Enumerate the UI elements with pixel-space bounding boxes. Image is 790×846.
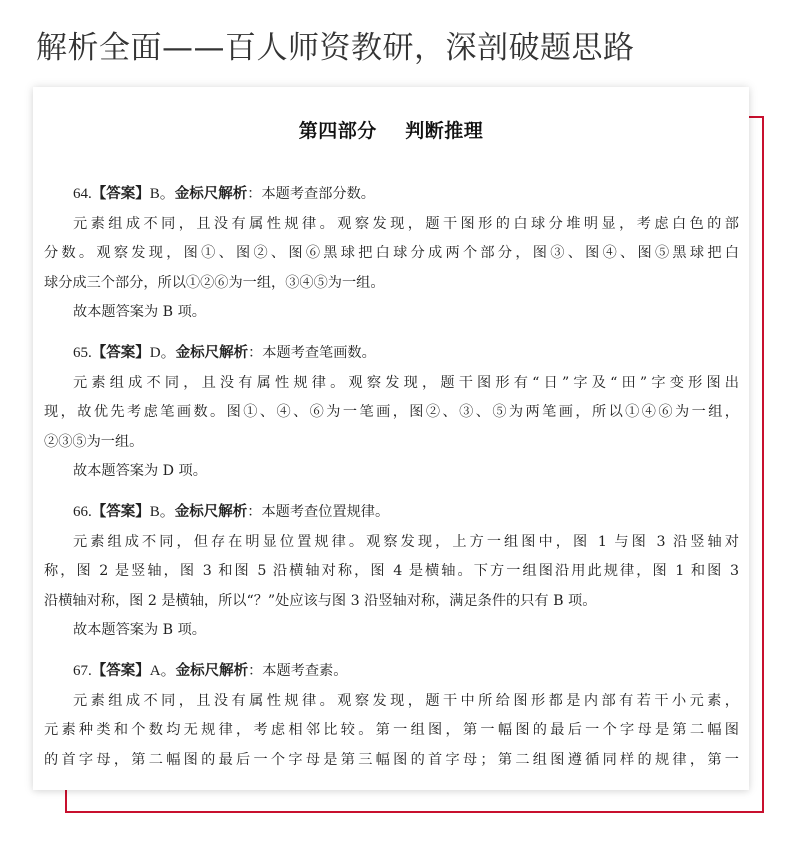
analysis-line: 元素组成不同，但存在明显位置规律。观察发现，上方一组图中，图 1 与图 3 沿竖… xyxy=(44,528,739,558)
section-title: 第四部分 判断推理 xyxy=(33,117,749,145)
answer-analysis-content: 64.【答案】B。金标尺解析：本题考查部分数。 元素组成不同，且没有属性规律。观… xyxy=(44,180,739,786)
entry-header: 65.【答案】D。金标尺解析：本题考查笔画数。 xyxy=(44,339,739,369)
answer-tag: 【答案】 xyxy=(92,345,150,361)
analysis-topic: ：本题考查部分数。 xyxy=(247,186,375,202)
question-number: 67. xyxy=(73,663,92,679)
analysis-label: 金标尺解析 xyxy=(175,186,248,202)
entry-header: 66.【答案】B。金标尺解析：本题考查位置规律。 xyxy=(44,498,739,528)
answer-letter: B。 xyxy=(150,186,175,202)
analysis-line: 元素组成不同，且没有属性规律。观察发现，题干中所给图形都是内部有若干小元素， xyxy=(44,687,739,717)
answer-tag: 【答案】 xyxy=(92,504,150,520)
answer-tag: 【答案】 xyxy=(92,663,150,679)
question-number: 64. xyxy=(73,186,92,202)
analysis-line: ②③⑤为一组。 xyxy=(44,428,739,458)
analysis-line: 球分成三个部分，所以①②⑥为一组，③④⑤为一组。 xyxy=(44,269,739,299)
analysis-label: 金标尺解析 xyxy=(176,663,249,679)
question-number: 66. xyxy=(73,504,92,520)
page-heading: 解析全面——百人师资教研，深剖破题思路 xyxy=(36,26,635,70)
answer-entry-66: 66.【答案】B。金标尺解析：本题考查位置规律。 元素组成不同，但存在明显位置规… xyxy=(44,498,739,646)
analysis-label: 金标尺解析 xyxy=(176,345,249,361)
analysis-line: 现，故优先考虑笔画数。图①、④、⑥为一笔画，图②、③、⑤为两笔画，所以①④⑥为一… xyxy=(44,398,739,428)
conclusion-line: 故本题答案为 B 项。 xyxy=(44,298,739,328)
answer-entry-67: 67.【答案】A。金标尺解析：本题考查素。 元素组成不同，且没有属性规律。观察发… xyxy=(44,657,739,775)
answer-letter: A。 xyxy=(150,663,176,679)
answer-tag: 【答案】 xyxy=(92,186,150,202)
entry-header: 64.【答案】B。金标尺解析：本题考查部分数。 xyxy=(44,180,739,210)
answer-entry-65: 65.【答案】D。金标尺解析：本题考查笔画数。 元素组成不同，且没有属性规律。观… xyxy=(44,339,739,487)
analysis-label: 金标尺解析 xyxy=(175,504,248,520)
answer-letter: B。 xyxy=(150,504,175,520)
entry-header: 67.【答案】A。金标尺解析：本题考查素。 xyxy=(44,657,739,687)
analysis-topic: ：本题考查笔画数。 xyxy=(248,345,376,361)
analysis-line: 沿横轴对称，图 2 是横轴，所以“？”处应该与图 3 沿竖轴对称，满足条件的只有… xyxy=(44,587,739,617)
analysis-topic: ：本题考查位置规律。 xyxy=(247,504,389,520)
answer-entry-64: 64.【答案】B。金标尺解析：本题考查部分数。 元素组成不同，且没有属性规律。观… xyxy=(44,180,739,328)
analysis-topic: ：本题考查素。 xyxy=(248,663,347,679)
analysis-line: 称，图 2 是竖轴，图 3 和图 5 沿横轴对称，图 4 是横轴。下方一组图沿用… xyxy=(44,557,739,587)
analysis-line: 的首字母，第二幅图的最后一个字母是第三幅图的首字母；第二组图遵循同样的规律，第一 xyxy=(44,746,739,776)
analysis-line: 元素组成不同，且没有属性规律。观察发现，题干图形有“日”字及“田”字变形图出 xyxy=(44,369,739,399)
question-number: 65. xyxy=(73,345,92,361)
analysis-line: 元素种类和个数均无规律，考虑相邻比较。第一组图，第一幅图的最后一个字母是第二幅图 xyxy=(44,716,739,746)
answer-letter: D。 xyxy=(150,345,176,361)
analysis-line: 分数。观察发现，图①、图②、图⑥黑球把白球分成两个部分，图③、图④、图⑤黑球把白 xyxy=(44,239,739,269)
analysis-line: 元素组成不同，且没有属性规律。观察发现，题干图形的白球分堆明显，考虑白色的部 xyxy=(44,210,739,240)
conclusion-line: 故本题答案为 D 项。 xyxy=(44,457,739,487)
document-card: 第四部分 判断推理 64.【答案】B。金标尺解析：本题考查部分数。 元素组成不同… xyxy=(33,87,749,790)
conclusion-line: 故本题答案为 B 项。 xyxy=(44,616,739,646)
